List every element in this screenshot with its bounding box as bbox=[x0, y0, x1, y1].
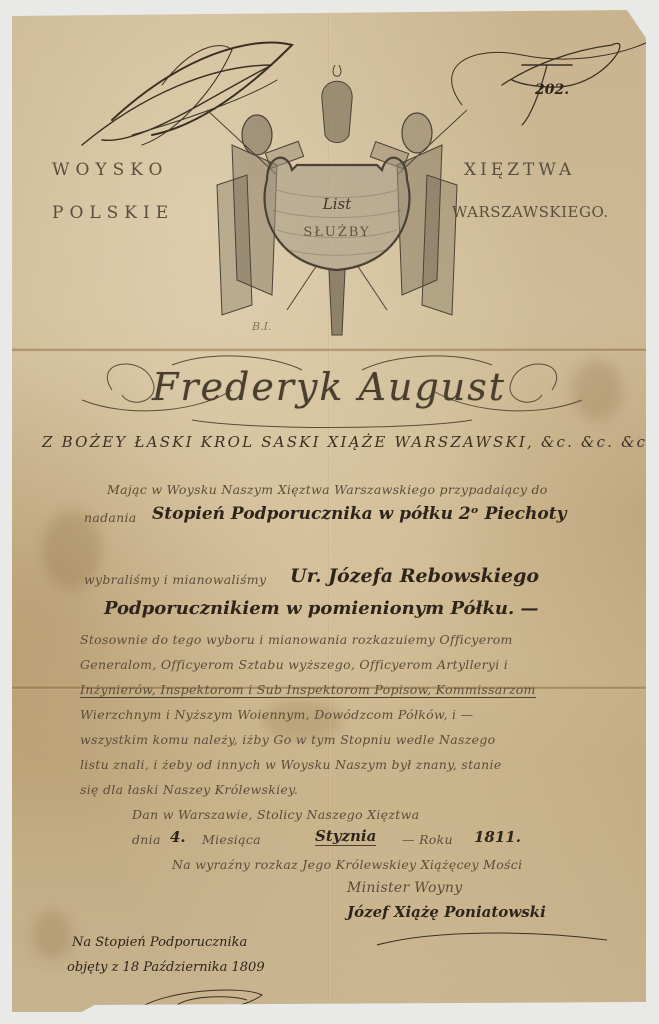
header-right-line2: WARSZAWSKIEGO. bbox=[452, 203, 609, 221]
dating-year-label: — Roku bbox=[402, 832, 453, 847]
annotation-flourish bbox=[132, 980, 272, 1020]
body-line-10: listu znali, i żeby od innych w Woysku N… bbox=[80, 757, 502, 772]
dating-month: Styznia bbox=[315, 827, 376, 846]
cartouche-title: List bbox=[297, 195, 377, 213]
age-stain bbox=[32, 910, 72, 960]
body-line-6: Generalom, Officyerom Sztabu wyższego, O… bbox=[80, 657, 508, 672]
body-line-11: się dla łaski Naszey Królewskiey. bbox=[80, 782, 298, 797]
body-line-2-printed: nadania bbox=[84, 510, 137, 525]
military-trophy-emblem: List SŁUŻBY bbox=[207, 65, 467, 345]
signature: Józef Xiążę Poniatowski bbox=[347, 903, 546, 921]
header-left-line1: WOYSKO bbox=[52, 160, 168, 180]
serial-number: 202. bbox=[535, 82, 569, 98]
header-left-line2: POLSKIE bbox=[52, 203, 174, 223]
officer-name-handwritten: Ur. Józefa Rebowskiego bbox=[290, 565, 539, 587]
rank-handwritten: Stopień Podporucznika w półku 2ᵒ Piechot… bbox=[152, 504, 566, 524]
dating-month-label: Miesiąca bbox=[202, 832, 261, 847]
stamp-mark: B.I. bbox=[252, 320, 271, 333]
body-line-8: Wierzchnym i Nyższym Woiennym, Dowódzcom… bbox=[80, 707, 473, 722]
document-paper: 202. WOYSKO POLSKIE XIĘZTWA WARSZAWSKIEG… bbox=[12, 10, 646, 1012]
body-line-1: Mając w Woysku Naszym Xięztwa Warszawski… bbox=[107, 482, 548, 497]
body-line-7: Inżynierów, Inspektorom i Sub Inspektoro… bbox=[80, 682, 536, 698]
dating-year: 1811. bbox=[474, 828, 521, 846]
sovereign-name: Frederyk August bbox=[12, 365, 646, 409]
order-line: Na wyraźny rozkaz Jego Królewskiey Xiążę… bbox=[172, 857, 522, 872]
dating-place: Dan w Warszawie, Stolicy Naszego Xięztwa bbox=[132, 807, 419, 822]
signature-flourish bbox=[372, 925, 612, 955]
header-right-line1: XIĘZTWA bbox=[464, 160, 575, 180]
appointment-handwritten: Podporucznikiem w pomienionym Półku. — bbox=[104, 598, 539, 619]
body-line-5: Stosownie do tego wyboru i mianowania ro… bbox=[80, 632, 513, 647]
dating-day: 4. bbox=[170, 828, 186, 846]
annotation-line-1: Na Stopień Podporucznika bbox=[72, 935, 247, 950]
royal-title: Z BOŻEY ŁASKI KROL SASKI XIĄŻE WARSZAWSK… bbox=[42, 433, 642, 451]
body-line-3-printed: wybraliśmy i mianowaliśmy bbox=[84, 572, 266, 587]
cartouche-subtitle: SŁUŻBY bbox=[287, 225, 387, 240]
body-line-9: wszystkim komu należy, iżby Go w tym Sto… bbox=[80, 732, 495, 747]
dating-day-label: dnia bbox=[132, 832, 161, 847]
signature-title: Minister Woyny bbox=[347, 880, 462, 896]
annotation-line-2: objęty z 18 Października 1809 bbox=[67, 960, 265, 975]
